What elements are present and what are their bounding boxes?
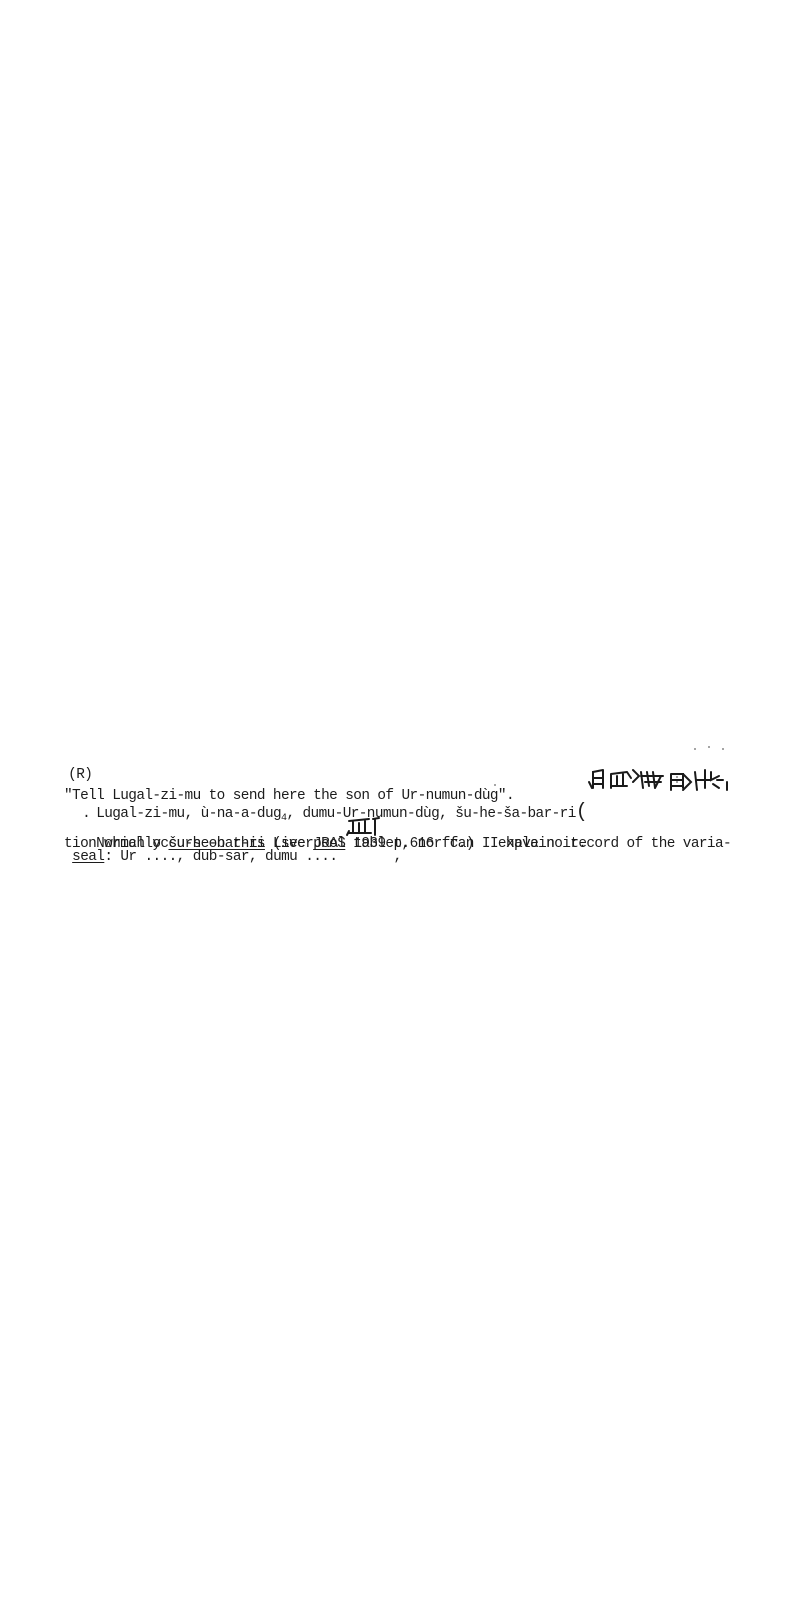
scan-speck — [708, 746, 710, 748]
reverse-label: (R) — [68, 767, 92, 783]
note-line-2: tion which occurs on this Liverpool tabl… — [64, 836, 586, 852]
scan-speck — [676, 781, 678, 783]
translation-line: "Tell Lugal-zi-mu to send here the son o… — [64, 788, 514, 804]
scan-speck — [494, 784, 496, 786]
scan-speck — [676, 776, 678, 778]
scan-speck — [722, 748, 724, 750]
scan-speck — [694, 748, 696, 750]
